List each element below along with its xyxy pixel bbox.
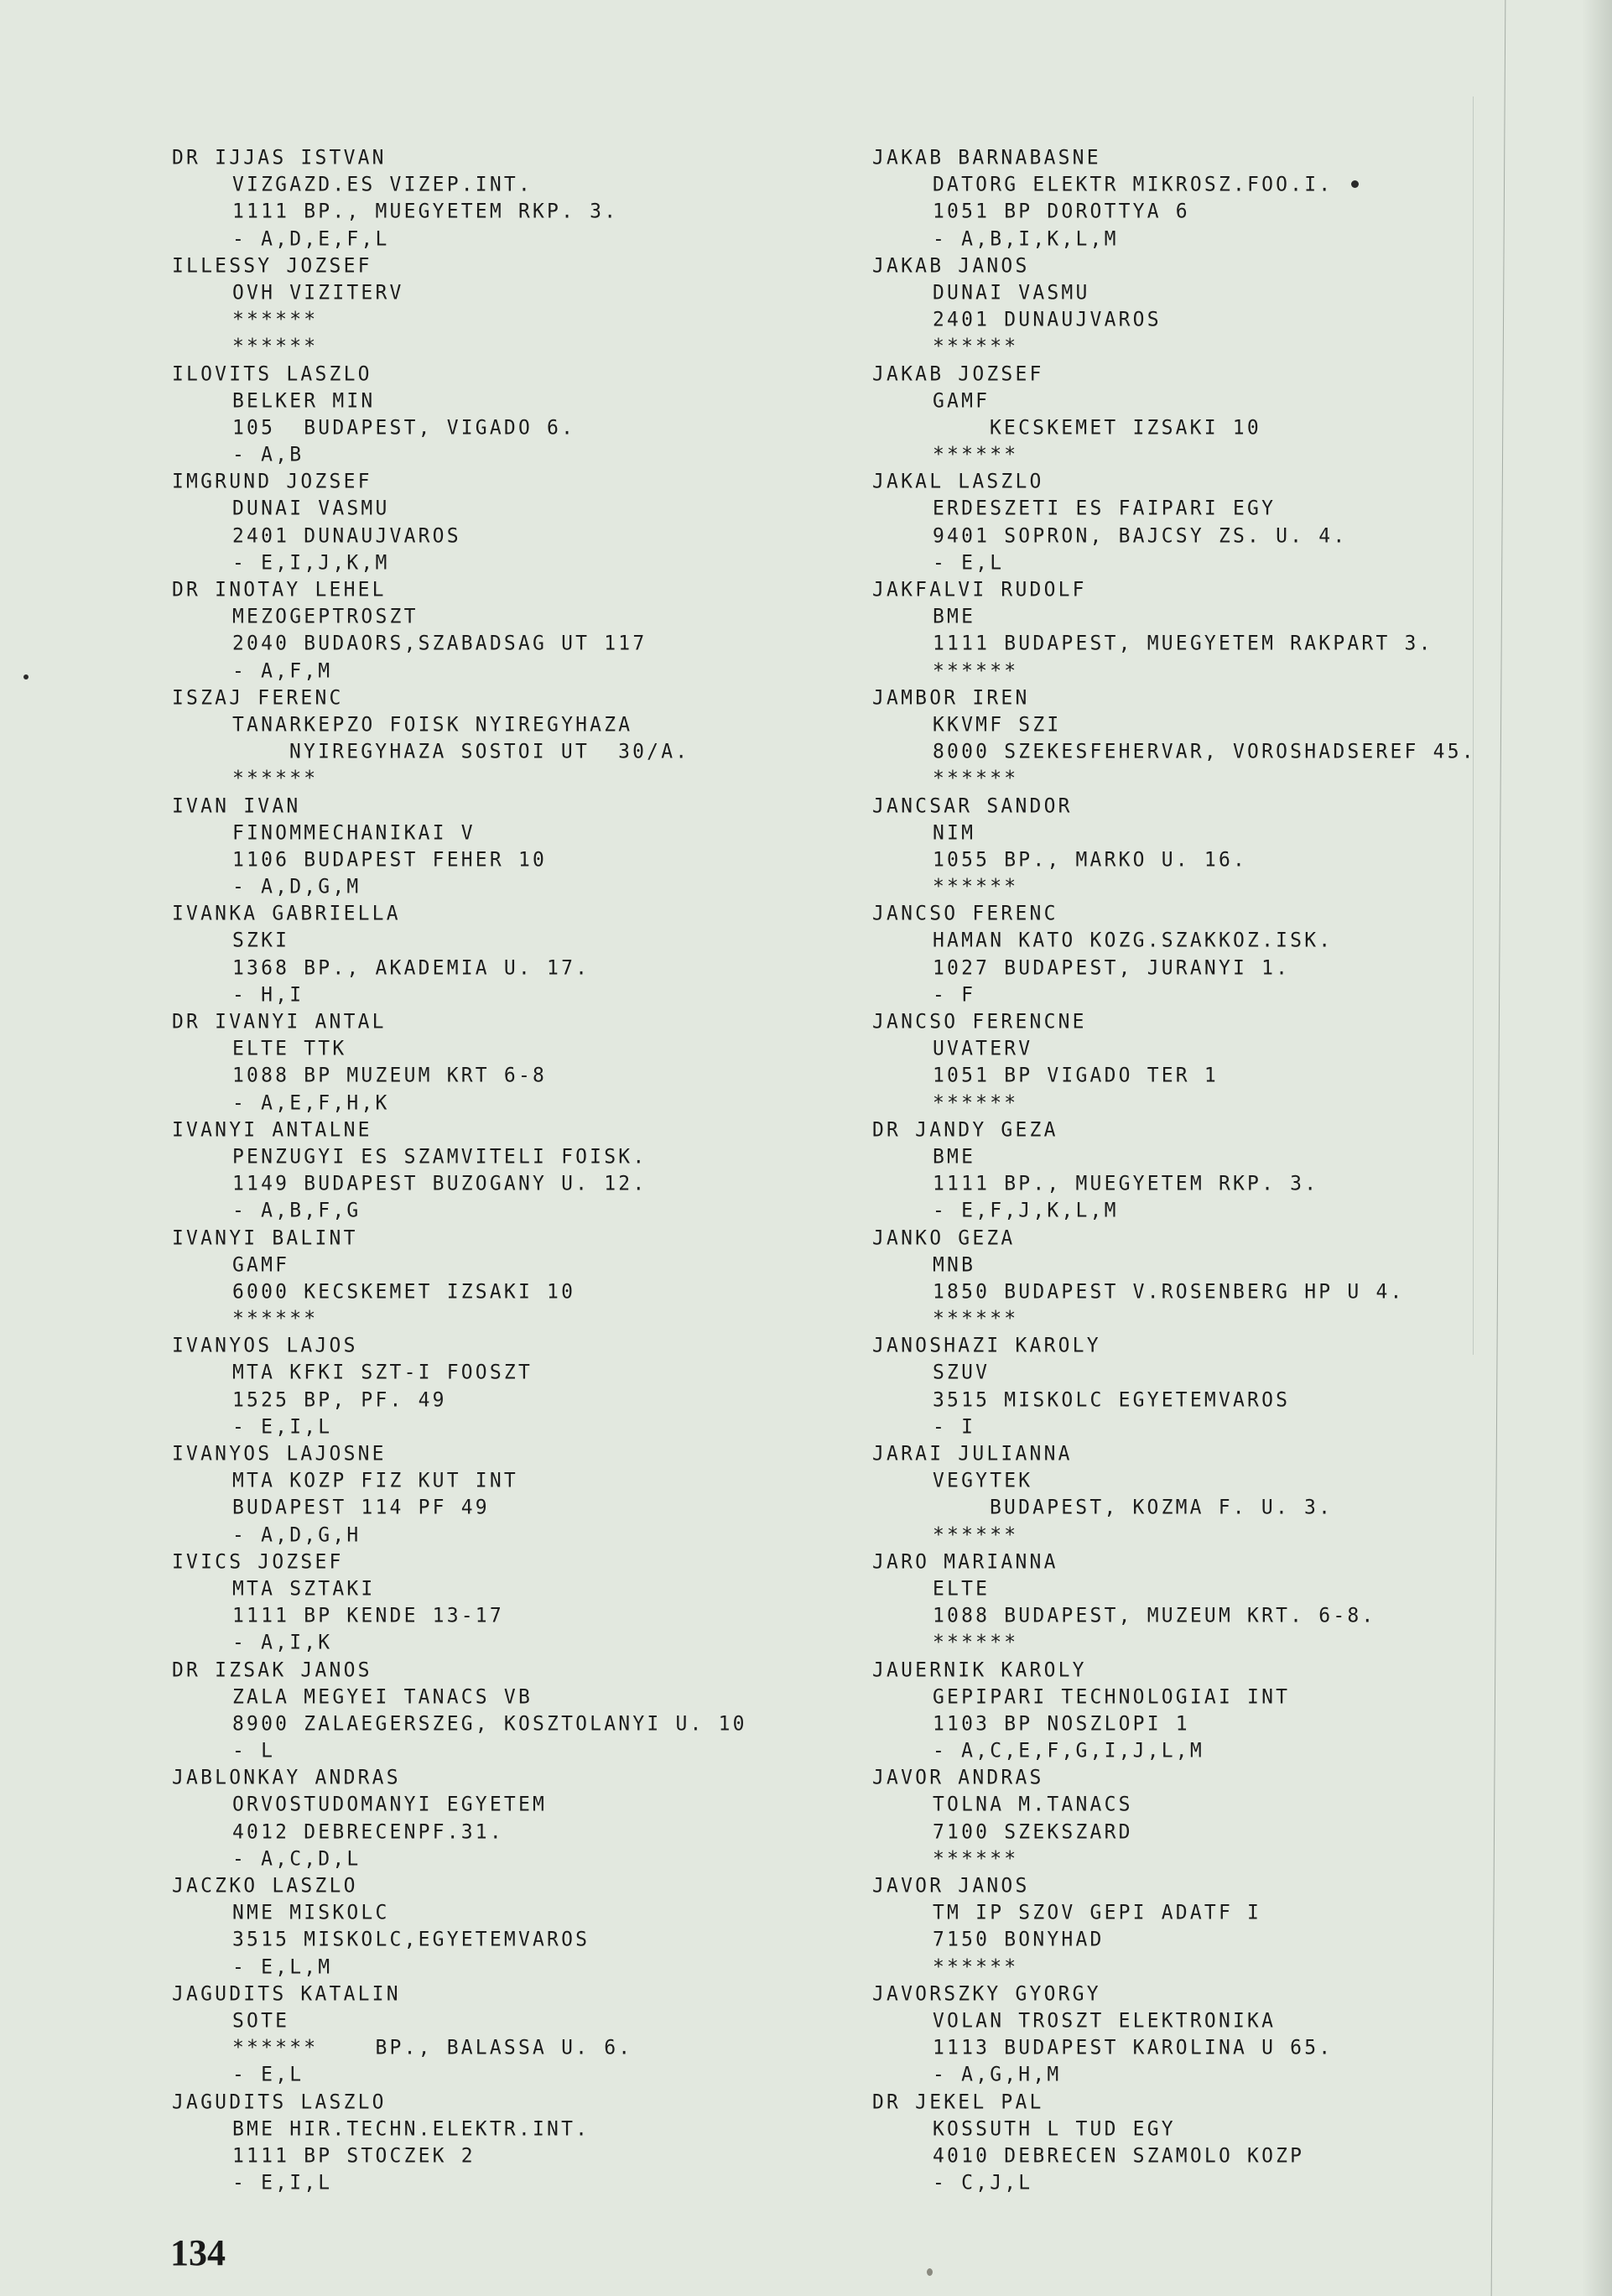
entry-name: IVANYI BALINT [172, 1224, 747, 1252]
directory-entry: JAUERNIK KAROLYGEPIPARI TECHNOLOGIAI INT… [872, 1657, 1476, 1765]
entry-organization: GEPIPARI TECHNOLOGIAI INT [872, 1683, 1476, 1711]
entry-name: JAGUDITS KATALIN [172, 1980, 747, 2008]
entry-name: JAUERNIK KAROLY [872, 1656, 1476, 1684]
entry-separator: ****** [872, 1304, 1476, 1333]
entry-organization: ORVOSTUDOMANYI EGYETEM [172, 1791, 747, 1820]
entry-address: 2401 DUNAUJVAROS [172, 522, 747, 550]
entry-name: JAVOR JANOS [872, 1872, 1476, 1900]
entry-organization: BME HIR.TECHN.ELEKTR.INT. [172, 2115, 747, 2143]
entry-name: DR INOTAY LEHEL [172, 575, 747, 604]
entry-organization: KOSSUTH L TUD EGY [872, 2115, 1476, 2143]
entry-name: DR JEKEL PAL [872, 2088, 1476, 2116]
entry-name: IVICS JOZSEF [172, 1548, 747, 1576]
entry-address: 1111 BP KENDE 13-17 [172, 1601, 747, 1630]
entry-separator: ****** [872, 333, 1476, 362]
entry-name: ILOVITS LASZLO [172, 360, 747, 388]
entry-name: IVANYI ANTALNE [172, 1116, 747, 1144]
entry-address: KECSKEMET IZSAKI 10 [872, 414, 1476, 442]
entry-codes: - A,B,I,K,L,M [872, 225, 1476, 253]
directory-entry: JAKAL LASZLOERDESZETI ES FAIPARI EGY9401… [872, 468, 1476, 576]
entry-organization: BME [872, 1143, 1476, 1171]
entry-separator: ****** [172, 333, 747, 362]
entry-codes: - A,D,E,F,L [172, 225, 747, 253]
entry-address: 1106 BUDAPEST FEHER 10 [172, 846, 747, 874]
entry-name: JANCSO FERENCNE [872, 1007, 1476, 1036]
entry-organization: UVATERV [872, 1034, 1476, 1063]
entry-organization: MNB [872, 1251, 1476, 1279]
entry-codes: - A,C,D,L [172, 1845, 747, 1873]
entry-address: 7100 SZEKSZARD [872, 1818, 1476, 1846]
page-edge-shadow [1582, 0, 1612, 2296]
entry-separator: ****** [872, 765, 1476, 794]
entry-organization: BME [872, 602, 1476, 631]
entry-address: BUDAPEST, KOZMA F. U. 3. [872, 1494, 1476, 1523]
entry-name: JACZKO LASZLO [172, 1872, 747, 1900]
directory-entry: DR INOTAY LEHELMEZOGEPTROSZT2040 BUDAORS… [172, 576, 747, 685]
entry-organization: BELKER MIN [172, 387, 747, 415]
directory-entry: JANCSAR SANDORNIM1055 BP., MARKO U. 16.*… [872, 793, 1476, 901]
directory-entry: JANKO GEZAMNB1850 BUDAPEST V.ROSENBERG H… [872, 1225, 1476, 1333]
entry-organization: VEGYTEK [872, 1466, 1476, 1495]
entry-name: ISZAJ FERENC [172, 684, 747, 712]
entry-codes: - A,E,F,H,K [172, 1089, 747, 1117]
entry-address: 1051 BP DOROTTYA 6 [872, 198, 1476, 226]
directory-entry: JAKFALVI RUDOLFBME1111 BUDAPEST, MUEGYET… [872, 576, 1476, 685]
page-edge-line [1491, 0, 1506, 2296]
directory-entry: JAGUDITS KATALINSOTE****** BP., BALASSA … [172, 1981, 747, 2089]
paper-speck [927, 2268, 933, 2276]
entry-separator: ****** [872, 657, 1476, 685]
entry-organization: TM IP SZOV GEPI ADATF I [872, 1898, 1476, 1927]
entry-separator: ****** [172, 305, 747, 334]
entry-organization: SZUV [872, 1359, 1476, 1387]
directory-entry: DR IVANYI ANTALELTE TTK1088 BP MUZEUM KR… [172, 1008, 747, 1117]
entry-address: ****** BP., BALASSA U. 6. [172, 2033, 747, 2062]
entry-name: IMGRUND JOZSEF [172, 467, 747, 496]
entry-name: JAKAB JOZSEF [872, 360, 1476, 388]
entry-address: 8900 ZALAEGERSZEG, KOSZTOLANYI U. 10 [172, 1710, 747, 1738]
entry-codes: - F [872, 981, 1476, 1009]
entry-address: 2401 DUNAUJVAROS [872, 305, 1476, 334]
directory-entry: JAKAB JOZSEFGAMFKECSKEMET IZSAKI 10*****… [872, 361, 1476, 469]
entry-organization: TANARKEPZO FOISK NYIREGYHAZA [172, 711, 747, 739]
directory-entry: ISZAJ FERENCTANARKEPZO FOISK NYIREGYHAZA… [172, 685, 747, 793]
entry-address: 1055 BP., MARKO U. 16. [872, 846, 1476, 874]
entry-address: 1850 BUDAPEST V.ROSENBERG HP U 4. [872, 1278, 1476, 1306]
entry-name: DR IVANYI ANTAL [172, 1007, 747, 1036]
entry-name: IVANKA GABRIELLA [172, 899, 747, 928]
directory-column-left: DR IJJAS ISTVANVIZGAZD.ES VIZEP.INT.1111… [172, 144, 747, 2196]
directory-entry: JANCSO FERENCNEUVATERV1051 BP VIGADO TER… [872, 1008, 1476, 1117]
entry-address: 8000 SZEKESFEHERVAR, VOROSHADSEREF 45. [872, 737, 1476, 766]
entry-organization: VIZGAZD.ES VIZEP.INT. [172, 170, 747, 199]
directory-entry: IVANYOS LAJOSMTA KFKI SZT-I FOOSZT1525 B… [172, 1332, 747, 1440]
entry-codes: - A,C,E,F,G,I,J,L,M [872, 1736, 1476, 1765]
entry-organization: HAMAN KATO KOZG.SZAKKOZ.ISK. [872, 927, 1476, 955]
entry-codes: - A,G,H,M [872, 2061, 1476, 2090]
directory-entry: JAVOR ANDRASTOLNA M.TANACS7100 SZEKSZARD… [872, 1764, 1476, 1872]
directory-entry: JANCSO FERENCHAMAN KATO KOZG.SZAKKOZ.ISK… [872, 900, 1476, 1008]
entry-organization: ERDESZETI ES FAIPARI EGY [872, 495, 1476, 523]
entry-organization: NME MISKOLC [172, 1898, 747, 1927]
directory-entry: JAMBOR IRENKKVMF SZI8000 SZEKESFEHERVAR,… [872, 685, 1476, 793]
entry-name: JANOSHAZI KAROLY [872, 1331, 1476, 1360]
entry-codes: - I [872, 1413, 1476, 1441]
entry-organization: MTA KOZP FIZ KUT INT [172, 1466, 747, 1495]
entry-address: 1149 BUDAPEST BUZOGANY U. 12. [172, 1169, 747, 1198]
directory-entry: JANOSHAZI KAROLYSZUV3515 MISKOLC EGYETEM… [872, 1332, 1476, 1440]
entry-address: NYIREGYHAZA SOSTOI UT 30/A. [172, 737, 747, 766]
entry-address: 1368 BP., AKADEMIA U. 17. [172, 954, 747, 982]
entry-organization: PENZUGYI ES SZAMVITELI FOISK. [172, 1143, 747, 1171]
entry-codes: - A,F,M [172, 657, 747, 685]
directory-entry: JAVORSZKY GYORGYVOLAN TROSZT ELEKTRONIKA… [872, 1981, 1476, 2089]
entry-codes: - E,L,M [172, 1953, 747, 1981]
entry-name: DR IJJAS ISTVAN [172, 143, 747, 172]
directory-entry: ILLESSY JOZSEFOVH VIZITERV************ [172, 253, 747, 361]
directory-entry: IVANKA GABRIELLASZKI1368 BP., AKADEMIA U… [172, 900, 747, 1008]
page-number: 134 [170, 2231, 226, 2274]
directory-entry: JACZKO LASZLONME MISKOLC3515 MISKOLC,EGY… [172, 1872, 747, 1981]
directory-entry: ILOVITS LASZLOBELKER MIN105 BUDAPEST, VI… [172, 361, 747, 469]
entry-separator: ****** [872, 1521, 1476, 1549]
entry-organization: ZALA MEGYEI TANACS VB [172, 1683, 747, 1711]
entry-organization: OVH VIZITERV [172, 279, 747, 307]
entry-codes: - E,I,L [172, 1413, 747, 1441]
directory-entry: IVAN IVANFINOMMECHANIKAI V1106 BUDAPEST … [172, 793, 747, 901]
directory-entry: JARO MARIANNAELTE1088 BUDAPEST, MUZEUM K… [872, 1549, 1476, 1657]
entry-organization: ELTE TTK [172, 1034, 747, 1063]
entry-name: JAMBOR IREN [872, 684, 1476, 712]
entry-name: DR IZSAK JANOS [172, 1656, 747, 1684]
entry-codes: - C,J,L [872, 2168, 1476, 2197]
entry-codes: - A,D,G,H [172, 1521, 747, 1549]
directory-entry: JAKAB JANOSDUNAI VASMU2401 DUNAUJVAROS**… [872, 253, 1476, 361]
entry-address: 1111 BP., MUEGYETEM RKP. 3. [872, 1169, 1476, 1198]
entry-organization: GAMF [872, 387, 1476, 415]
directory-entry: JAVOR JANOSTM IP SZOV GEPI ADATF I7150 B… [872, 1872, 1476, 1981]
entry-organization: SOTE [172, 2007, 747, 2035]
directory-entry: DR IZSAK JANOSZALA MEGYEI TANACS VB8900 … [172, 1657, 747, 1765]
entry-address: 4010 DEBRECEN SZAMOLO KOZP [872, 2142, 1476, 2170]
directory-entry: IMGRUND JOZSEFDUNAI VASMU2401 DUNAUJVARO… [172, 468, 747, 576]
entry-separator: ****** [872, 1845, 1476, 1873]
entry-name: JAGUDITS LASZLO [172, 2088, 747, 2116]
entry-address: 1088 BP MUZEUM KRT 6-8 [172, 1062, 747, 1091]
entry-codes: - E,L [872, 549, 1476, 577]
entry-name: JAKAB JANOS [872, 252, 1476, 280]
entry-organization: MEZOGEPTROSZT [172, 602, 747, 631]
entry-address: 1088 BUDAPEST, MUZEUM KRT. 6-8. [872, 1601, 1476, 1630]
directory-entry: IVICS JOZSEFMTA SZTAKI1111 BP KENDE 13-1… [172, 1549, 747, 1657]
entry-separator: ****** [872, 440, 1476, 469]
entry-name: JARO MARIANNA [872, 1548, 1476, 1576]
directory-column-right: JAKAB BARNABASNEDATORG ELEKTR MIKROSZ.FO… [872, 144, 1476, 2196]
entry-organization: SZKI [172, 927, 747, 955]
entry-organization: KKVMF SZI [872, 711, 1476, 739]
entry-organization: VOLAN TROSZT ELEKTRONIKA [872, 2007, 1476, 2035]
entry-organization: MTA SZTAKI [172, 1575, 747, 1603]
entry-name: ILLESSY JOZSEF [172, 252, 747, 280]
entry-address: 2040 BUDAORS,SZABADSAG UT 117 [172, 630, 747, 659]
entry-organization: NIM [872, 819, 1476, 847]
entry-codes: - E,I,J,K,M [172, 549, 747, 577]
entry-organization: MTA KFKI SZT-I FOOSZT [172, 1359, 747, 1387]
entry-name: IVANYOS LAJOS [172, 1331, 747, 1360]
directory-entry: DR JEKEL PALKOSSUTH L TUD EGY4010 DEBREC… [872, 2089, 1476, 2197]
entry-name: JAVORSZKY GYORGY [872, 1980, 1476, 2008]
directory-entry: DR JANDY GEZABME1111 BP., MUEGYETEM RKP.… [872, 1117, 1476, 1225]
entry-name: JAKFALVI RUDOLF [872, 575, 1476, 604]
entry-codes: - A,B [172, 440, 747, 469]
entry-name: JABLONKAY ANDRAS [172, 1763, 747, 1792]
directory-entry: JABLONKAY ANDRASORVOSTUDOMANYI EGYETEM40… [172, 1764, 747, 1872]
entry-organization: TOLNA M.TANACS [872, 1791, 1476, 1820]
entry-separator: ****** [872, 872, 1476, 901]
entry-codes: - E,L [172, 2061, 747, 2090]
entry-address: 6000 KECSKEMET IZSAKI 10 [172, 1278, 747, 1306]
entry-name: JANCSAR SANDOR [872, 792, 1476, 820]
entry-address: 7150 BONYHAD [872, 1926, 1476, 1955]
directory-entry: JAGUDITS LASZLOBME HIR.TECHN.ELEKTR.INT.… [172, 2089, 747, 2197]
entry-address: 3515 MISKOLC EGYETEMVAROS [872, 1386, 1476, 1414]
entry-name: JAVOR ANDRAS [872, 1763, 1476, 1792]
entry-address: 1111 BUDAPEST, MUEGYETEM RAKPART 3. [872, 630, 1476, 659]
entry-name: DR JANDY GEZA [872, 1116, 1476, 1144]
entry-address: 1111 BP., MUEGYETEM RKP. 3. [172, 198, 747, 226]
entry-organization: DUNAI VASMU [872, 279, 1476, 307]
directory-entry: IVANYI BALINTGAMF6000 KECSKEMET IZSAKI 1… [172, 1225, 747, 1333]
entry-separator: ****** [172, 1304, 747, 1333]
entry-separator: ****** [872, 1629, 1476, 1658]
entry-separator: ****** [872, 1953, 1476, 1981]
entry-address: 105 BUDAPEST, VIGADO 6. [172, 414, 747, 442]
entry-address: 4012 DEBRECENPF.31. [172, 1818, 747, 1846]
entry-organization: GAMF [172, 1251, 747, 1279]
entry-name: JARAI JULIANNA [872, 1440, 1476, 1468]
directory-entry: IVANYOS LAJOSNEMTA KOZP FIZ KUT INTBUDAP… [172, 1440, 747, 1549]
entry-address: 9401 SOPRON, BAJCSY ZS. U. 4. [872, 522, 1476, 550]
entry-address: 1525 BP, PF. 49 [172, 1386, 747, 1414]
entry-address: 1027 BUDAPEST, JURANYI 1. [872, 954, 1476, 982]
entry-codes: - E,F,J,K,L,M [872, 1197, 1476, 1226]
entry-address: 1103 BP NOSZLOPI 1 [872, 1710, 1476, 1738]
entry-address: BUDAPEST 114 PF 49 [172, 1494, 747, 1523]
entry-codes: - L [172, 1736, 747, 1765]
directory-entry: JAKAB BARNABASNEDATORG ELEKTR MIKROSZ.FO… [872, 144, 1476, 253]
entry-address: 1113 BUDAPEST KAROLINA U 65. [872, 2033, 1476, 2062]
directory-entry: JARAI JULIANNAVEGYTEKBUDAPEST, KOZMA F. … [872, 1440, 1476, 1549]
entry-name: JANCSO FERENC [872, 899, 1476, 928]
paper-speck [23, 674, 29, 679]
entry-codes: - A,D,G,M [172, 872, 747, 901]
entry-name: JAKAB BARNABASNE [872, 143, 1476, 172]
entry-codes: - E,I,L [172, 2168, 747, 2197]
entry-organization: ELTE [872, 1575, 1476, 1603]
entry-address: 1111 BP STOCZEK 2 [172, 2142, 747, 2170]
entry-organization: DATORG ELEKTR MIKROSZ.FOO.I. [872, 170, 1476, 199]
entry-codes: - H,I [172, 981, 747, 1009]
directory-entry: DR IJJAS ISTVANVIZGAZD.ES VIZEP.INT.1111… [172, 144, 747, 253]
entry-organization: FINOMMECHANIKAI V [172, 819, 747, 847]
entry-separator: ****** [872, 1089, 1476, 1117]
directory-entry: IVANYI ANTALNEPENZUGYI ES SZAMVITELI FOI… [172, 1117, 747, 1225]
entry-codes: - A,I,K [172, 1629, 747, 1658]
entry-name: IVANYOS LAJOSNE [172, 1440, 747, 1468]
entry-address: 1051 BP VIGADO TER 1 [872, 1062, 1476, 1091]
entry-name: JANKO GEZA [872, 1224, 1476, 1252]
entry-name: IVAN IVAN [172, 792, 747, 820]
entry-codes: - A,B,F,G [172, 1197, 747, 1226]
entry-separator: ****** [172, 765, 747, 794]
entry-organization: DUNAI VASMU [172, 495, 747, 523]
entry-address: 3515 MISKOLC,EGYETEMVAROS [172, 1926, 747, 1955]
entry-name: JAKAL LASZLO [872, 467, 1476, 496]
